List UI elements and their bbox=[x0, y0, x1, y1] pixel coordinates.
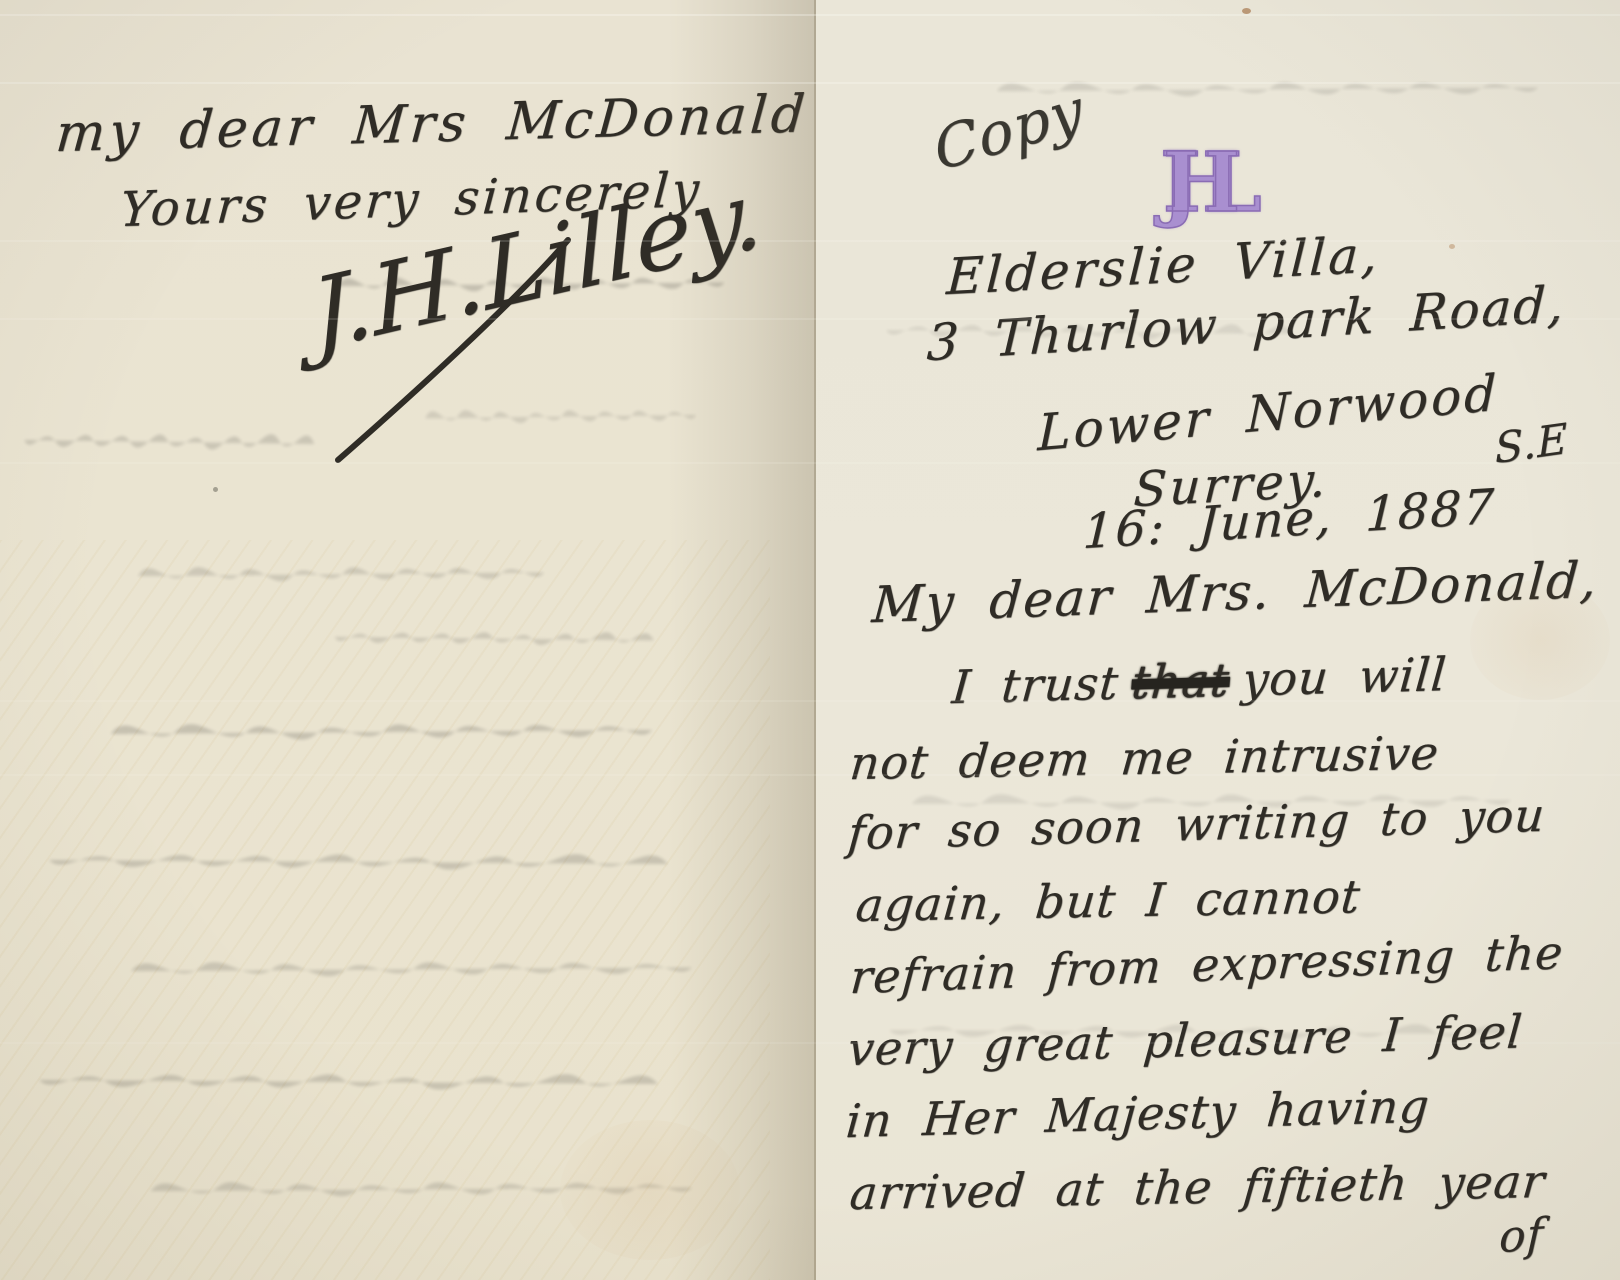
scan-vignette bbox=[0, 0, 1620, 1280]
letter-scan: my dear Mrs McDonald Yours very sincerel… bbox=[0, 0, 1620, 1280]
